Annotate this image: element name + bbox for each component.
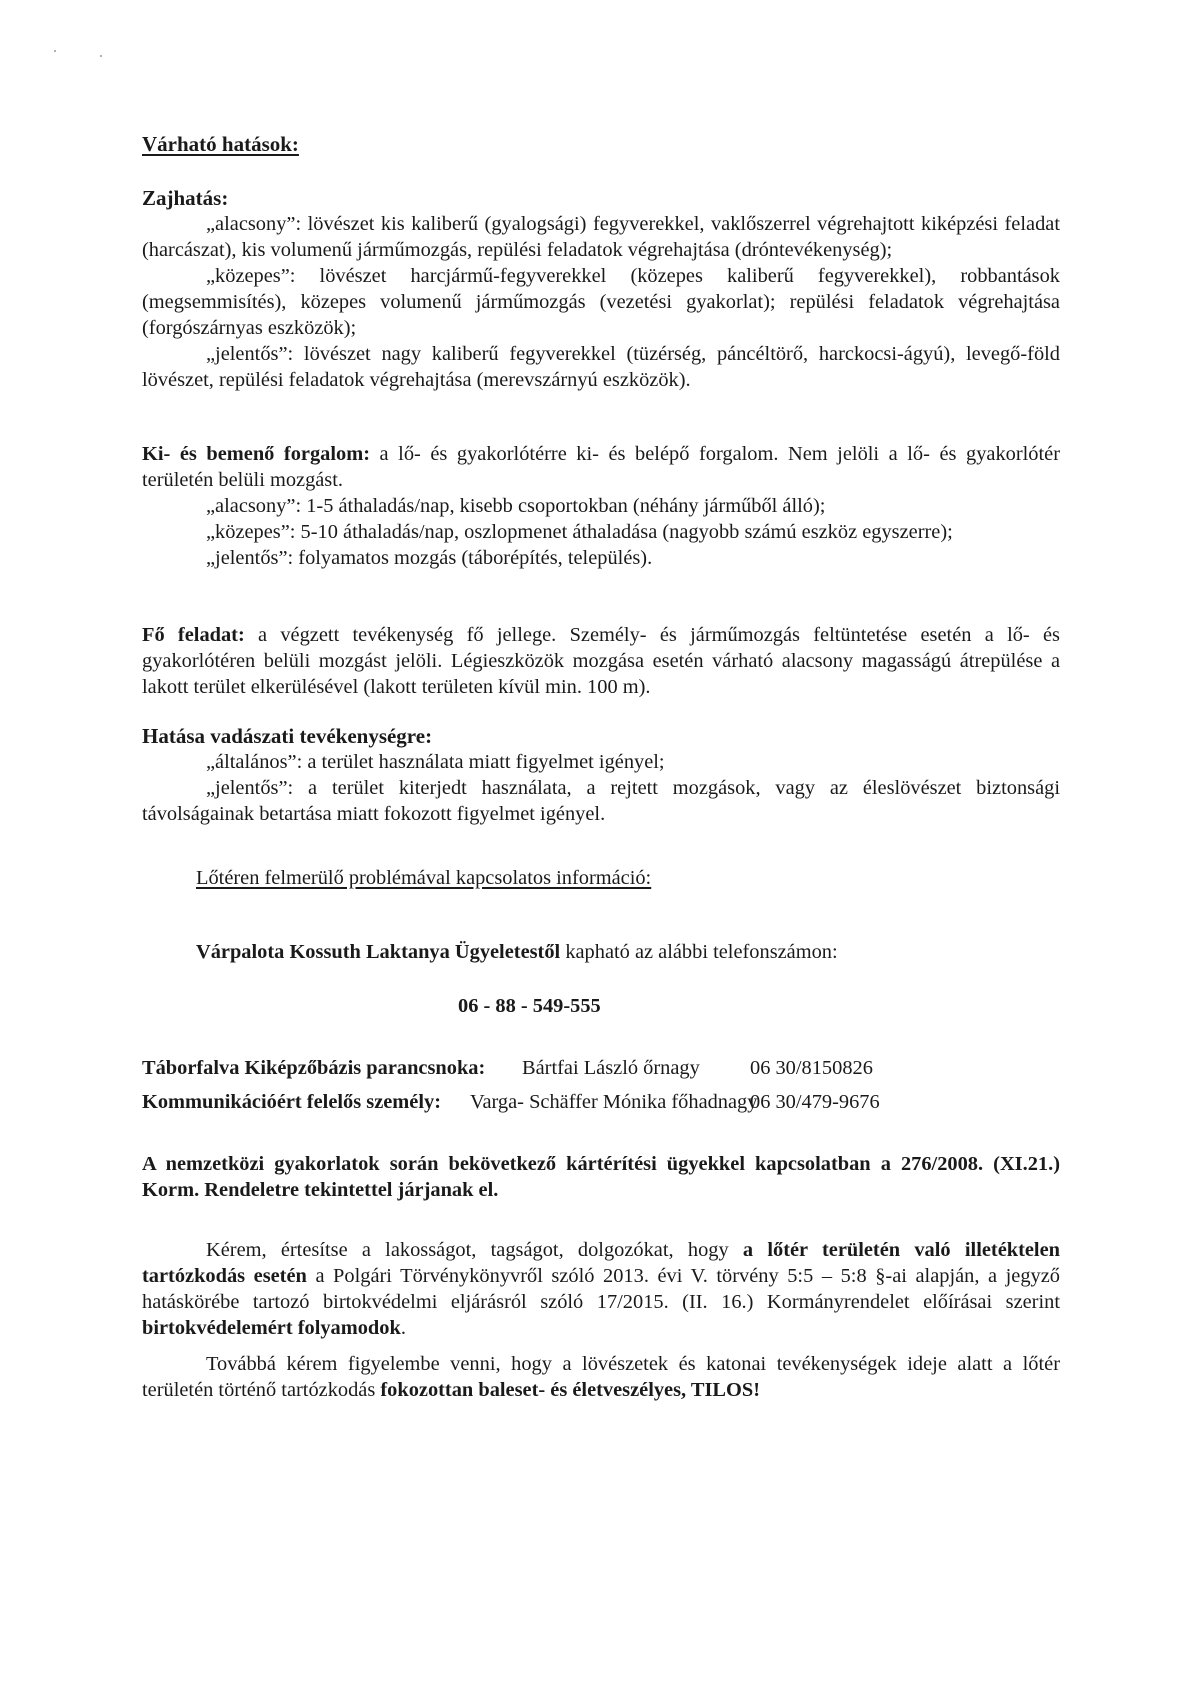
contact-role: Táborfalva Kiképzőbázis parancsnoka: — [142, 1055, 522, 1081]
contact-phone: 06 30/8150826 — [750, 1055, 873, 1081]
hunting-section: Hatása vadászati tevékenységre: „általán… — [142, 723, 1060, 827]
main-task-description: Fő feladat: a végzett tevékenység fő jel… — [142, 622, 1060, 700]
contact-row: Táborfalva Kiképzőbázis parancsnoka:Bárt… — [142, 1055, 1060, 1081]
contact-name: Bártfai László őrnagy — [522, 1055, 750, 1081]
traffic-item-medium: „közepes”: 5-10 áthaladás/nap, oszlopmen… — [142, 519, 1060, 545]
duty-phone-number: 06 - 88 - 549-555 — [458, 993, 601, 1019]
page-title: Várható hatások: — [142, 132, 299, 156]
contact-row: Kommunikációért felelős személy:Varga- S… — [142, 1089, 1060, 1115]
compensation-notice: A nemzetközi gyakorlatok során bekövetke… — [142, 1151, 1060, 1203]
compensation-section: A nemzetközi gyakorlatok során bekövetke… — [142, 1151, 1060, 1203]
info-source: Várpalota Kossuth Laktanya Ügyeletestől … — [196, 939, 838, 965]
noise-heading: Zajhatás: — [142, 185, 1060, 211]
noise-item-high: „jelentős”: lövészet nagy kaliberű fegyv… — [142, 341, 1060, 393]
request-section: Kérem, értesítse a lakosságot, tagságot,… — [142, 1237, 1060, 1403]
contact-name: Varga- Schäffer Mónika főhadnagy — [470, 1089, 750, 1115]
contact-phone: 06 30/479-9676 — [750, 1089, 880, 1115]
noise-section: Zajhatás: „alacsony”: lövészet kis kalib… — [142, 185, 1060, 393]
hunting-heading: Hatása vadászati tevékenységre: — [142, 723, 1060, 749]
request-paragraph: Kérem, értesítse a lakosságot, tagságot,… — [142, 1237, 1060, 1341]
warning-paragraph: Továbbá kérem figyelembe venni, hogy a l… — [142, 1351, 1060, 1403]
traffic-item-high: „jelentős”: folyamatos mozgás (táborépít… — [142, 545, 1060, 571]
hunting-item-general: „általános”: a terület használata miatt … — [142, 749, 1060, 775]
hunting-item-high: „jelentős”: a terület kiterjedt használa… — [142, 775, 1060, 827]
noise-item-low: „alacsony”: lövészet kis kaliberű (gyalo… — [142, 211, 1060, 263]
traffic-item-low: „alacsony”: 1-5 áthaladás/nap, kisebb cs… — [142, 493, 1060, 519]
traffic-section: Ki- és bemenő forgalom: a lő- és gyakorl… — [142, 441, 1060, 571]
traffic-description: Ki- és bemenő forgalom: a lő- és gyakorl… — [142, 441, 1060, 493]
main-task-section: Fő feladat: a végzett tevékenység fő jel… — [142, 622, 1060, 700]
info-heading: Lőtéren felmerülő problémával kapcsolato… — [196, 865, 651, 891]
noise-item-medium: „közepes”: lövészet harcjármű-fegyverekk… — [142, 263, 1060, 341]
contact-role: Kommunikációért felelős személy: — [142, 1089, 470, 1115]
